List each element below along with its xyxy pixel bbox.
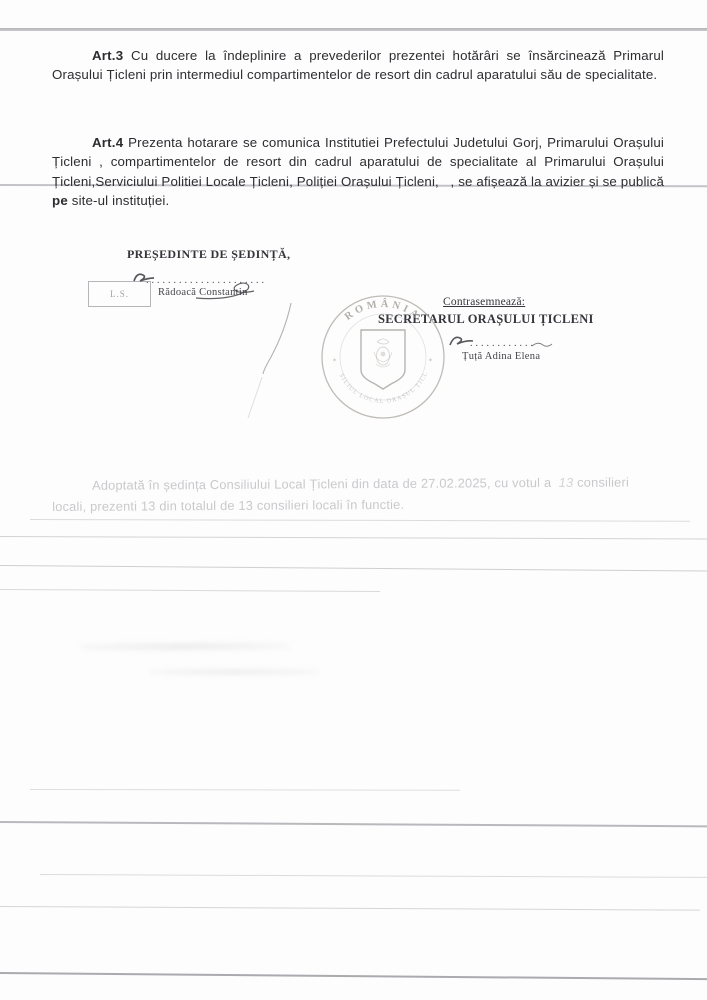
secretary-signature-dotted-line: ............	[470, 338, 536, 349]
ls-label: L.S.	[110, 289, 129, 299]
article-3-text: Cu ducere la îndeplinire a prevederilor …	[52, 48, 664, 82]
president-name: Rădoacă Constantin	[158, 287, 248, 298]
stray-pen-stroke	[263, 303, 291, 374]
scan-line	[40, 874, 707, 878]
stray-pen-stroke-faint	[248, 377, 262, 418]
stamp-star-right: ✶	[428, 357, 433, 364]
article-4: Art.4 Prezenta hotarare se comunica Inst…	[52, 133, 664, 210]
article-3: Art.3 Cu ducere la îndeplinire a prevede…	[52, 46, 664, 85]
scan-line	[0, 536, 707, 540]
adoption-text-before-votes: Adoptată în ședința Consiliului Local Ți…	[92, 475, 559, 493]
article-4-text-2: site-ul instituției.	[68, 193, 169, 208]
article-4-bold-word: pe	[52, 193, 68, 208]
stamp-coat-of-arms	[361, 330, 405, 389]
article-3-label: Art.3	[92, 48, 123, 63]
scan-line	[0, 565, 707, 572]
adoption-line-2: locali, prezenti 13 din totalul de 13 co…	[52, 496, 404, 513]
scan-line	[30, 789, 460, 791]
scan-line	[0, 906, 700, 911]
official-round-stamp: ROMÂNIA CONSILIUL LOCAL ORAȘUL ȚICLENI ✶…	[318, 292, 448, 422]
adoption-text-after-votes: consilieri	[573, 474, 629, 489]
scan-line-top	[0, 28, 707, 31]
scan-smudge	[150, 668, 320, 676]
scan-line	[30, 519, 690, 522]
scan-line	[0, 589, 380, 592]
president-signature-dotted-line: ......................	[146, 275, 267, 286]
secretary-name: Țuță Adina Elena	[462, 351, 540, 362]
scan-line	[0, 821, 707, 827]
stamp-country-text: ROMÂNIA	[343, 298, 423, 323]
article-4-text-1: Prezenta hotarare se comunica Institutie…	[52, 135, 664, 189]
scanned-document-page: Art.3 Cu ducere la îndeplinire a prevede…	[0, 0, 707, 1000]
countersign-label: Contrasemnează:	[443, 296, 525, 308]
scan-line-bottom	[0, 972, 707, 980]
stamp-star-left: ✶	[332, 357, 337, 364]
article-4-label: Art.4	[92, 135, 123, 150]
adoption-line-1: Adoptată în ședința Consiliului Local Ți…	[52, 474, 629, 493]
adoption-votes: 13	[559, 475, 574, 490]
adoption-note: Adoptată în ședința Consiliului Local Ți…	[52, 472, 677, 517]
ls-seal-box: L.S.	[88, 281, 151, 307]
president-title: PREȘEDINTE DE ȘEDINȚĂ,	[127, 247, 290, 262]
scan-smudge	[80, 641, 290, 651]
